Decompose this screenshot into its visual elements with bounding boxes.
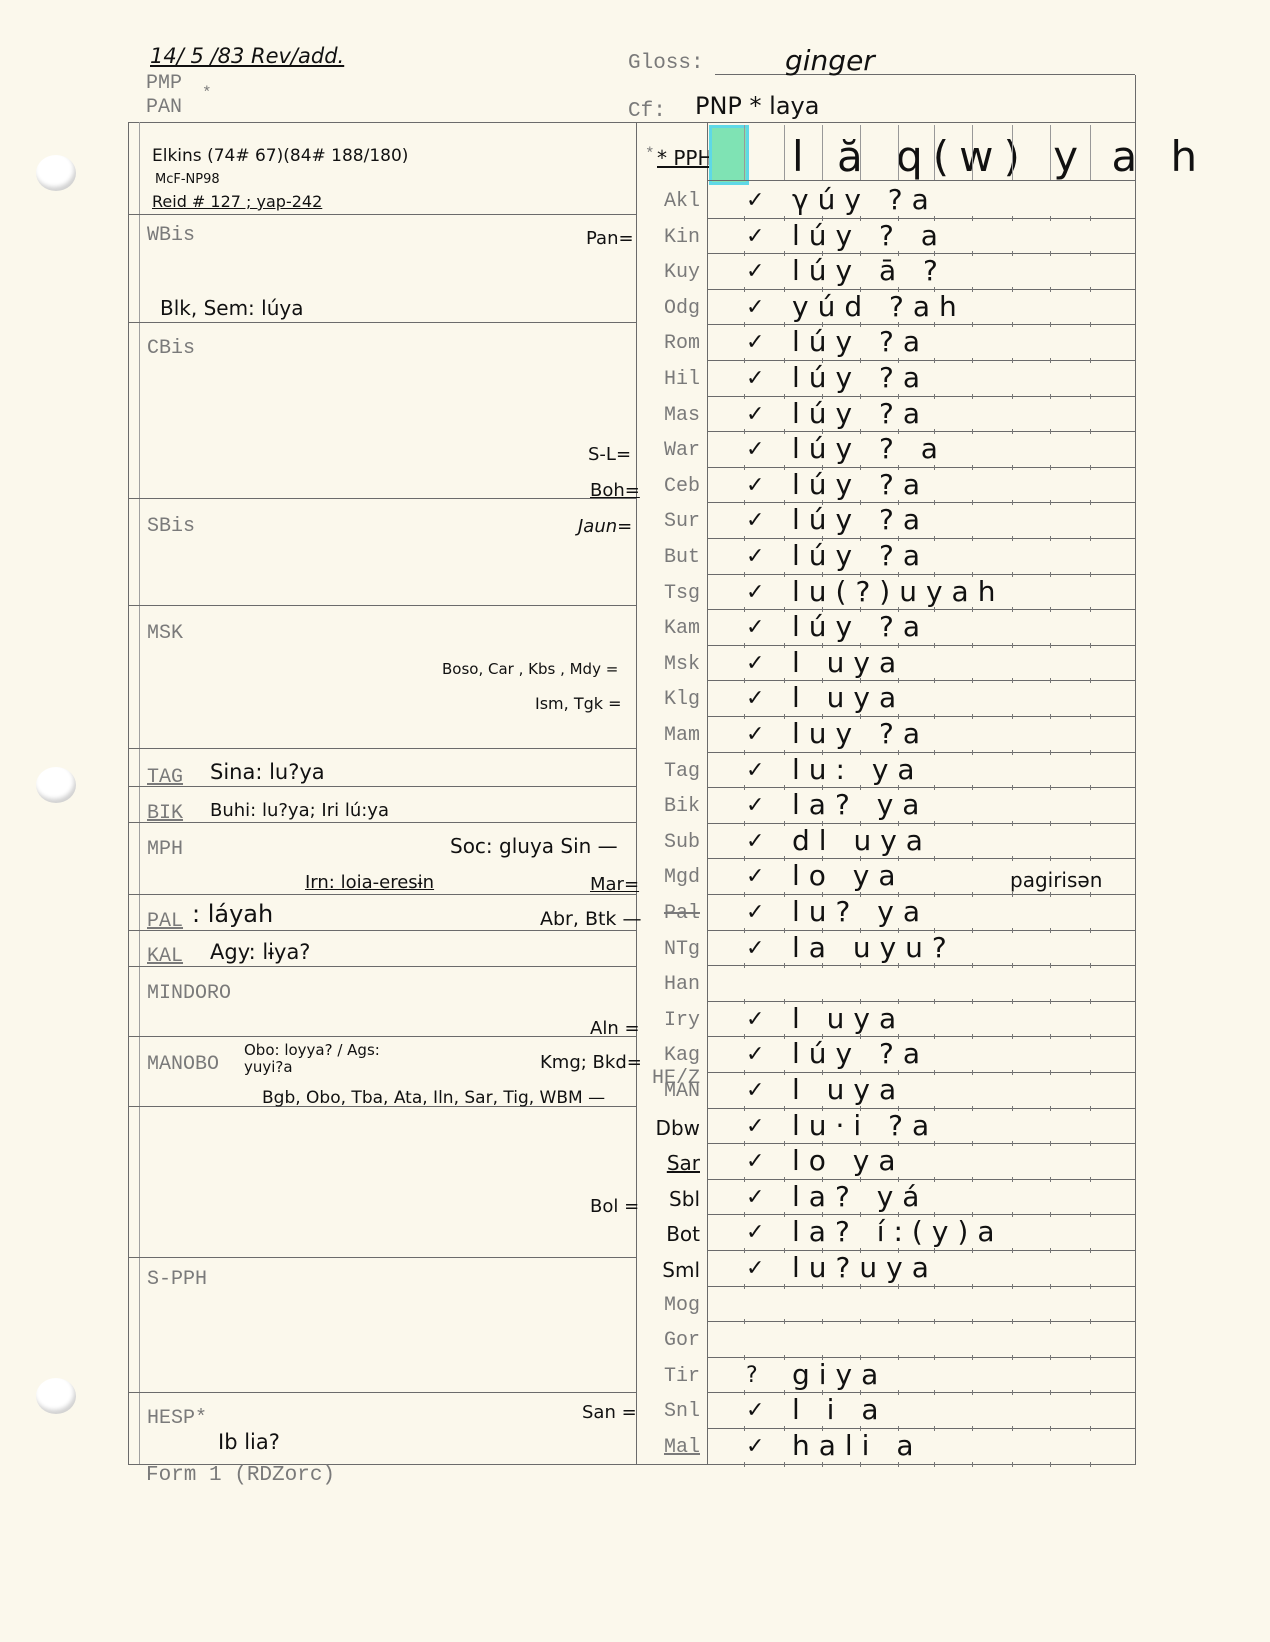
group-sbis: SBis	[147, 515, 195, 538]
grid-tick	[744, 607, 745, 612]
grid-tick	[1050, 607, 1051, 612]
group-separator	[128, 1257, 636, 1258]
grid-tick	[784, 1390, 785, 1395]
group-mph: MPH	[147, 838, 183, 861]
grid-tick	[972, 1177, 973, 1182]
check-mark-icon[interactable]: ✓	[746, 295, 764, 320]
grid-tick	[1090, 963, 1091, 968]
punch-hole-bottom	[36, 1378, 76, 1414]
grid-tick	[972, 750, 973, 755]
grid-tick	[972, 607, 973, 612]
grid-tick	[1090, 1212, 1091, 1217]
frame-top	[128, 122, 1136, 123]
grid-tick	[784, 1319, 785, 1324]
reflex-form: lúy ? a	[792, 219, 947, 252]
grid-tick	[1090, 1319, 1091, 1324]
lang-label-mog: Mog	[630, 1294, 700, 1317]
proto-grid-line	[972, 125, 973, 180]
grid-tick	[934, 750, 935, 755]
grid-tick	[744, 429, 745, 434]
grid-tick	[744, 465, 745, 470]
group-manobo: MANOBO	[147, 1053, 219, 1076]
reflex-form: giya	[792, 1358, 887, 1391]
group-separator	[128, 1036, 636, 1037]
grid-tick	[784, 1141, 785, 1146]
grid-tick	[1012, 572, 1013, 577]
grid-tick	[1090, 856, 1091, 861]
grid-tick	[1012, 358, 1013, 363]
grid-tick	[972, 1319, 973, 1324]
grid-tick	[744, 1212, 745, 1217]
grid-tick	[1090, 607, 1091, 612]
reflex-form: lo ya	[792, 859, 905, 892]
grid-tick	[934, 714, 935, 719]
grid-tick	[1012, 1355, 1013, 1360]
proto-grid-line	[1090, 125, 1091, 180]
reflex-form: la? í:(y)a	[792, 1215, 1004, 1248]
check-mark-icon[interactable]: ✓	[746, 1007, 764, 1032]
lang-label-bot: Bot	[630, 1222, 700, 1246]
grid-tick	[934, 999, 935, 1004]
check-mark-icon[interactable]: ✓	[746, 615, 764, 640]
grid-tick	[934, 1390, 935, 1395]
proto-grid-line	[934, 125, 935, 180]
grid-tick	[744, 821, 745, 826]
reflex-form: l uya	[792, 646, 905, 679]
reflex-extra-note: pagirisən	[1010, 868, 1102, 892]
grid-tick	[1012, 216, 1013, 221]
grid-tick	[822, 1462, 823, 1467]
pmp-label: PMP	[146, 72, 182, 95]
grid-tick	[898, 963, 899, 968]
grid-tick	[1090, 465, 1091, 470]
reflex-form: luy ?a	[792, 717, 929, 750]
grid-tick	[1090, 1034, 1091, 1039]
divider-form-col	[707, 122, 708, 1464]
grid-tick	[1012, 928, 1013, 933]
grid-tick	[744, 714, 745, 719]
grid-tick	[972, 1284, 973, 1289]
frame-left-inner	[139, 122, 140, 1464]
grid-tick	[1090, 1355, 1091, 1360]
reflex-form: lu(?)uyah	[792, 575, 1004, 608]
check-mark-icon[interactable]: ✓	[746, 686, 764, 711]
grid-tick	[1012, 999, 1013, 1004]
pan-label: PAN	[146, 96, 182, 119]
grid-tick	[1012, 892, 1013, 897]
check-mark-icon[interactable]: ✓	[746, 1042, 764, 1067]
grid-tick	[744, 1426, 745, 1431]
grid-tick	[934, 607, 935, 612]
lang-label-ntg: NTg	[630, 938, 700, 961]
grid-tick	[1090, 678, 1091, 683]
grid-tick	[972, 963, 973, 968]
group-kal: KAL	[147, 945, 183, 968]
proto-highlight-cell	[709, 125, 749, 185]
grid-tick	[1090, 394, 1091, 399]
row-line	[707, 1357, 1135, 1358]
lang-label-bik: Bik	[630, 795, 700, 818]
reflex-form: dl uya	[792, 824, 932, 857]
check-mark-icon[interactable]: ✓	[746, 722, 764, 747]
grid-tick	[784, 429, 785, 434]
source-elkins: Elkins (74# 67)(84# 188/180)	[152, 146, 408, 166]
group-hesp-note: Ib lia?	[218, 1430, 280, 1454]
grid-tick	[1050, 1070, 1051, 1075]
grid-tick	[934, 536, 935, 541]
grid-tick	[1090, 1248, 1091, 1253]
grid-tick	[784, 963, 785, 968]
reflex-form: lúy ?a	[792, 325, 929, 358]
grid-tick	[972, 1426, 973, 1431]
grid-tick	[744, 892, 745, 897]
side-note-abr: Abr, Btk —	[540, 908, 641, 930]
grid-tick	[744, 1355, 745, 1360]
grid-tick	[744, 287, 745, 292]
gloss-value[interactable]: ginger	[785, 44, 875, 77]
check-mark-icon[interactable]: ✓	[746, 1149, 764, 1174]
row-line	[707, 1286, 1135, 1287]
reflex-form: la? yá	[792, 1180, 928, 1213]
grid-tick	[1090, 1106, 1091, 1111]
grid-tick	[1012, 1177, 1013, 1182]
group-manobo-note: Obo: loyya? / Ags: yuyi?a	[244, 1042, 384, 1076]
grid-tick	[784, 394, 785, 399]
proto-grid-line	[1050, 125, 1051, 180]
group-separator	[128, 1392, 636, 1393]
check-mark-icon[interactable]: ✓	[746, 900, 764, 925]
grid-tick	[744, 750, 745, 755]
grid-tick	[1012, 963, 1013, 968]
grid-tick	[1090, 1284, 1091, 1289]
proto-grid-line	[860, 125, 861, 180]
grid-tick	[784, 1462, 785, 1467]
grid-tick	[784, 536, 785, 541]
lang-label-sar: Sar	[630, 1151, 700, 1175]
check-mark-icon[interactable]: ✓	[746, 330, 764, 355]
grid-tick	[1050, 714, 1051, 719]
grid-tick	[744, 394, 745, 399]
check-mark-icon[interactable]: ✓	[746, 1114, 764, 1139]
row-line	[707, 1072, 1135, 1073]
grid-tick	[1050, 572, 1051, 577]
group-separator	[128, 214, 636, 215]
grid-tick	[744, 643, 745, 648]
grid-tick	[784, 892, 785, 897]
grid-tick	[934, 1355, 935, 1360]
check-mark-icon[interactable]: ✓	[746, 544, 764, 569]
grid-tick	[1050, 465, 1051, 470]
grid-tick	[972, 821, 973, 826]
grid-tick	[972, 1248, 973, 1253]
grid-tick	[1012, 1034, 1013, 1039]
grid-tick	[860, 1284, 861, 1289]
lang-label-war: War	[630, 439, 700, 462]
grid-tick	[744, 999, 745, 1004]
grid-tick	[972, 216, 973, 221]
grid-tick	[972, 892, 973, 897]
grid-tick	[1090, 1141, 1091, 1146]
group-pal: PAL	[147, 910, 183, 933]
group-separator	[128, 498, 636, 499]
check-mark-icon[interactable]: ?	[746, 1363, 758, 1388]
grid-tick	[784, 1034, 785, 1039]
grid-tick	[972, 394, 973, 399]
grid-tick	[934, 1034, 935, 1039]
lang-label-tir: Tir	[630, 1365, 700, 1388]
grid-tick	[934, 1462, 935, 1467]
grid-tick	[784, 322, 785, 327]
grid-tick	[1090, 928, 1091, 933]
row-line	[707, 858, 1135, 859]
grid-tick	[972, 322, 973, 327]
grid-tick	[934, 821, 935, 826]
grid-tick	[744, 572, 745, 577]
grid-tick	[934, 500, 935, 505]
proto-asterisk: *	[645, 145, 655, 163]
grid-tick	[1090, 821, 1091, 826]
reflex-form: lu?uya	[792, 1251, 938, 1284]
row-line	[707, 1464, 1135, 1465]
grid-tick	[972, 928, 973, 933]
proto-grid-line	[898, 125, 899, 180]
check-mark-icon[interactable]: ✓	[746, 366, 764, 391]
grid-tick	[972, 1034, 973, 1039]
proto-form: l ă q(w) y a h	[792, 132, 1207, 181]
grid-tick	[744, 1462, 745, 1467]
grid-tick	[972, 1141, 973, 1146]
grid-tick	[1050, 1319, 1051, 1324]
check-mark-icon[interactable]: ✓	[746, 1185, 764, 1210]
grid-tick	[1090, 1177, 1091, 1182]
reflex-form: lúy ?a	[792, 503, 929, 536]
lang-label-akl: Akl	[630, 190, 700, 213]
row-line	[707, 645, 1135, 646]
reflex-form: l uya	[792, 1002, 905, 1035]
form-label: Form 1 (RDZorc)	[146, 1464, 335, 1487]
grid-tick	[1050, 821, 1051, 826]
group-hesp: HESP*	[147, 1407, 207, 1430]
group-pal-note: : láyah	[192, 900, 273, 928]
grid-tick	[934, 856, 935, 861]
grid-tick	[972, 251, 973, 256]
lang-label-rom: Rom	[630, 332, 700, 355]
grid-tick	[744, 1141, 745, 1146]
group-tag: TAG	[147, 766, 183, 789]
grid-tick	[744, 1106, 745, 1111]
frame-right	[1135, 75, 1136, 1465]
check-mark-icon[interactable]: ✓	[746, 1220, 764, 1245]
lang-label-han: Han	[630, 973, 700, 996]
reflex-form: lu: ya	[792, 753, 924, 786]
grid-tick	[744, 1070, 745, 1075]
grid-tick	[934, 1177, 935, 1182]
lang-label-but: But	[630, 546, 700, 569]
lang-label-kam: Kam	[630, 617, 700, 640]
lang-label-sbl: Sbl	[630, 1187, 700, 1211]
row-line	[707, 965, 1135, 966]
grid-tick	[784, 856, 785, 861]
check-mark-icon[interactable]: ✓	[746, 651, 764, 676]
lang-label-kin: Kin	[630, 226, 700, 249]
grid-tick	[1050, 251, 1051, 256]
grid-tick	[1050, 1177, 1051, 1182]
cf-value: PNP * laya	[695, 92, 819, 120]
grid-tick	[1090, 536, 1091, 541]
check-mark-icon[interactable]: ✓	[746, 829, 764, 854]
grid-tick	[744, 322, 745, 327]
grid-tick	[1090, 750, 1091, 755]
reflex-form: hali a	[792, 1429, 923, 1462]
grid-tick	[934, 643, 935, 648]
grid-tick	[1012, 500, 1013, 505]
side-note-ism: Ism, Tgk =	[535, 694, 622, 713]
row-line	[707, 1392, 1135, 1393]
grid-tick	[1012, 287, 1013, 292]
check-mark-icon[interactable]: ✓	[746, 936, 764, 961]
side-note-bgb: Bgb, Obo, Tba, Ata, Iln, Sar, Tig, WBM —	[262, 1088, 605, 1108]
grid-tick	[744, 216, 745, 221]
grid-tick	[1012, 1106, 1013, 1111]
grid-tick	[744, 1034, 745, 1039]
grid-tick	[784, 785, 785, 790]
grid-tick	[1050, 216, 1051, 221]
grid-tick	[1050, 429, 1051, 434]
grid-tick	[1090, 358, 1091, 363]
check-mark-icon[interactable]: ✓	[746, 508, 764, 533]
grid-tick	[972, 1462, 973, 1467]
check-mark-icon[interactable]: ✓	[746, 1256, 764, 1281]
lang-label-man: MAN	[630, 1080, 700, 1103]
check-mark-icon[interactable]: ✓	[746, 402, 764, 427]
grid-tick	[784, 1106, 785, 1111]
grid-tick	[1090, 1070, 1091, 1075]
grid-tick	[784, 572, 785, 577]
grid-tick	[972, 465, 973, 470]
frame-left	[128, 122, 129, 1464]
check-mark-icon[interactable]: ✓	[746, 224, 764, 249]
grid-tick	[1090, 643, 1091, 648]
group-wbis-note: Blk, Sem: lúya	[160, 296, 303, 320]
grid-tick	[1090, 714, 1091, 719]
cf-label: Cf:	[628, 100, 666, 123]
grid-tick	[860, 1319, 861, 1324]
proto-grid-line	[822, 125, 823, 180]
check-mark-icon[interactable]: ✓	[746, 580, 764, 605]
reflex-form: γúy ?a	[792, 183, 938, 216]
grid-tick	[1050, 358, 1051, 363]
source-reid: Reid # 127 ; yap-242	[152, 192, 322, 211]
grid-tick	[1012, 643, 1013, 648]
grid-tick	[972, 500, 973, 505]
group-kal-note: Agy: lɨya?	[210, 940, 310, 964]
source-mcf: McF-NP98	[155, 172, 220, 187]
grid-tick	[972, 358, 973, 363]
group-cbis: CBis	[147, 337, 195, 360]
grid-tick	[1012, 465, 1013, 470]
check-mark-icon[interactable]: ✓	[746, 473, 764, 498]
grid-tick	[1012, 429, 1013, 434]
grid-tick	[744, 928, 745, 933]
grid-tick	[934, 892, 935, 897]
grid-tick	[1050, 1355, 1051, 1360]
grid-tick	[972, 1106, 973, 1111]
reflex-form: l uya	[792, 681, 905, 714]
check-mark-icon[interactable]: ✓	[746, 1398, 764, 1423]
check-mark-icon[interactable]: ✓	[746, 1434, 764, 1459]
side-note-jaun: Jaun=	[578, 516, 632, 537]
grid-tick	[972, 1355, 973, 1360]
grid-tick	[784, 358, 785, 363]
grid-tick	[1012, 1426, 1013, 1431]
lang-label-ceb: Ceb	[630, 475, 700, 498]
reflex-form: lúy ?a	[792, 468, 929, 501]
reflex-form: lúy ? a	[792, 432, 947, 465]
group-separator	[128, 822, 636, 823]
check-mark-icon[interactable]: ✓	[746, 864, 764, 889]
check-mark-icon[interactable]: ✓	[746, 188, 764, 213]
side-note-boso: Boso, Car , Kbs , Mdy =	[442, 660, 618, 678]
grid-tick	[784, 928, 785, 933]
date-note: 14/ 5 /83 Rev/add.	[150, 44, 344, 68]
check-mark-icon[interactable]: ✓	[746, 793, 764, 818]
grid-tick	[822, 1284, 823, 1289]
grid-tick	[1012, 1141, 1013, 1146]
check-mark-icon[interactable]: ✓	[746, 1078, 764, 1103]
pmp-asterisk: *	[202, 84, 212, 102]
grid-tick	[1090, 1390, 1091, 1395]
reflex-form: lúy ?a	[792, 610, 929, 643]
gloss-underline	[715, 74, 1135, 75]
grid-tick	[972, 785, 973, 790]
grid-tick	[898, 1319, 899, 1324]
group-s-pph: S-PPH	[147, 1268, 207, 1291]
group-separator	[128, 894, 636, 895]
grid-tick	[784, 1248, 785, 1253]
grid-tick	[1012, 1284, 1013, 1289]
grid-tick	[1050, 1106, 1051, 1111]
check-mark-icon[interactable]: ✓	[746, 437, 764, 462]
grid-tick	[744, 856, 745, 861]
grid-tick	[934, 1319, 935, 1324]
side-note-pan: Pan=	[586, 228, 634, 249]
lang-label-sml: Sml	[630, 1258, 700, 1282]
grid-tick	[744, 1248, 745, 1253]
check-mark-icon[interactable]: ✓	[746, 259, 764, 284]
grid-tick	[934, 1284, 935, 1289]
lang-label-sur: Sur	[630, 510, 700, 533]
grid-tick	[744, 1390, 745, 1395]
proto-row-line	[707, 180, 1135, 181]
grid-tick	[972, 429, 973, 434]
grid-tick	[1012, 251, 1013, 256]
grid-tick	[1050, 963, 1051, 968]
grid-tick	[744, 536, 745, 541]
grid-tick	[1050, 892, 1051, 897]
lang-label-kuy: Kuy	[630, 261, 700, 284]
grid-tick	[1090, 572, 1091, 577]
grid-tick	[1012, 1212, 1013, 1217]
grid-tick	[1050, 1141, 1051, 1146]
grid-tick	[972, 1070, 973, 1075]
check-mark-icon[interactable]: ✓	[746, 758, 764, 783]
grid-tick	[784, 287, 785, 292]
group-bik: BIK	[147, 802, 183, 825]
side-note-soc: Soc: gluya Sin —	[450, 834, 618, 858]
proto-grid-line	[784, 125, 785, 180]
grid-tick	[744, 1177, 745, 1182]
reflex-form: la? ya	[792, 788, 928, 821]
